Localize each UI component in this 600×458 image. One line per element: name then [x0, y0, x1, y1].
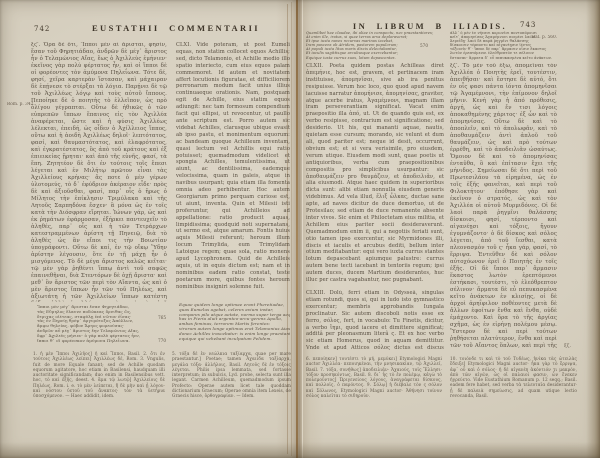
- latin-section-clxiii: CLXIII. Dolù, ferri etiam in Odysseâ, si…: [306, 290, 444, 351]
- running-header-left: EUSTATHII COMMENTARII: [64, 23, 288, 33]
- latin-verse-lines: Quamlibet hae claudae, ibi aliae in cons…: [306, 31, 436, 35]
- page-edge-line: [291, 2, 292, 456]
- latin-verse-lines: Equae quidem longe optimae erant Phereti…: [179, 303, 290, 308]
- quire-signature-mark: ξζ.: [564, 343, 571, 349]
- homer-greek-verse-block-right-page: ἀλλ᾽ ὁ μὲν ἐν νήεσσι κορωνίσι ποντοπόροι…: [450, 31, 562, 60]
- greek-verse-lines: Ἵπποι μὲν μέγ᾽ ἄρισται ἔσαν Φηρητιάδαο,τ…: [37, 305, 175, 310]
- page-number-right: 743: [520, 21, 536, 29]
- footnotes-column-2-right-page: 10. τοιόνδε τι καὶ τὸ τοῦ Τυδέως, ἡνίκα …: [450, 356, 577, 406]
- footnotes-column-1-left-page: 1. ἡ μὲν Ἵπποι Ἀχιλῆος] ἡ καὶ Ἵπποι, Bas…: [33, 351, 165, 414]
- open-book-photo: 742 EUSTATHII COMMENTARII Rom. p. 342. ξ…: [0, 0, 600, 458]
- verse-line-number: 770: [158, 338, 166, 343]
- fore-edge-shadow: [586, 0, 600, 458]
- page-number-left: 742: [34, 25, 50, 33]
- page-edge-highlight: [302, 0, 303, 458]
- verse-line-number: 765: [158, 315, 166, 320]
- footnotes-column-1-right-page: 6. πεποίηκεν] τουτέστι τὸ μή, μεμύκει] E…: [306, 356, 442, 406]
- bottom-shadow: [0, 442, 600, 458]
- verse-line-number: 570: [420, 43, 428, 48]
- greek-verse-lines: ἀλλ᾽ ὁ μὲν ἐν νήεσσι κορωνίσι ποντοπόροι…: [450, 31, 562, 35]
- running-header-right: IN LIBRUM B ILIADIS.: [322, 21, 538, 31]
- latin-verse-translation-block: Equae quidem longe optimae erant Phereti…: [179, 303, 290, 345]
- footnotes-column-2-left-page: 5. τόξα δὲ ἐν νεώλκια ταξίαρχα, quae per…: [172, 351, 291, 414]
- greek-commentary-column: ξϛ′. Ὅρα δὲ ὅτι, Ἵπποι μὲν αἱ ἄρισται, φ…: [31, 42, 167, 302]
- latin-verse-block-right-page: Quamlibet hae claudae, ibi aliae in cons…: [306, 31, 436, 60]
- homer-greek-verse-block: Ἵπποι μὲν μέγ᾽ ἄρισται ἔσαν Φηρητιάδαο,τ…: [37, 305, 175, 345]
- latin-section-clxii: CLXII. Poeta quidem postas Achilleas dir…: [306, 63, 444, 287]
- binding-fold-line: [296, 0, 298, 458]
- latin-translation-column: CLXI. Vide poteram, ut post Eumeli equas…: [176, 42, 290, 300]
- greek-commentary-column-right-page: ξζ′. Τὸ μὲν τοῦ ἔξω, ἀπομεῖναι τὸν Ἀχιλλ…: [450, 63, 557, 348]
